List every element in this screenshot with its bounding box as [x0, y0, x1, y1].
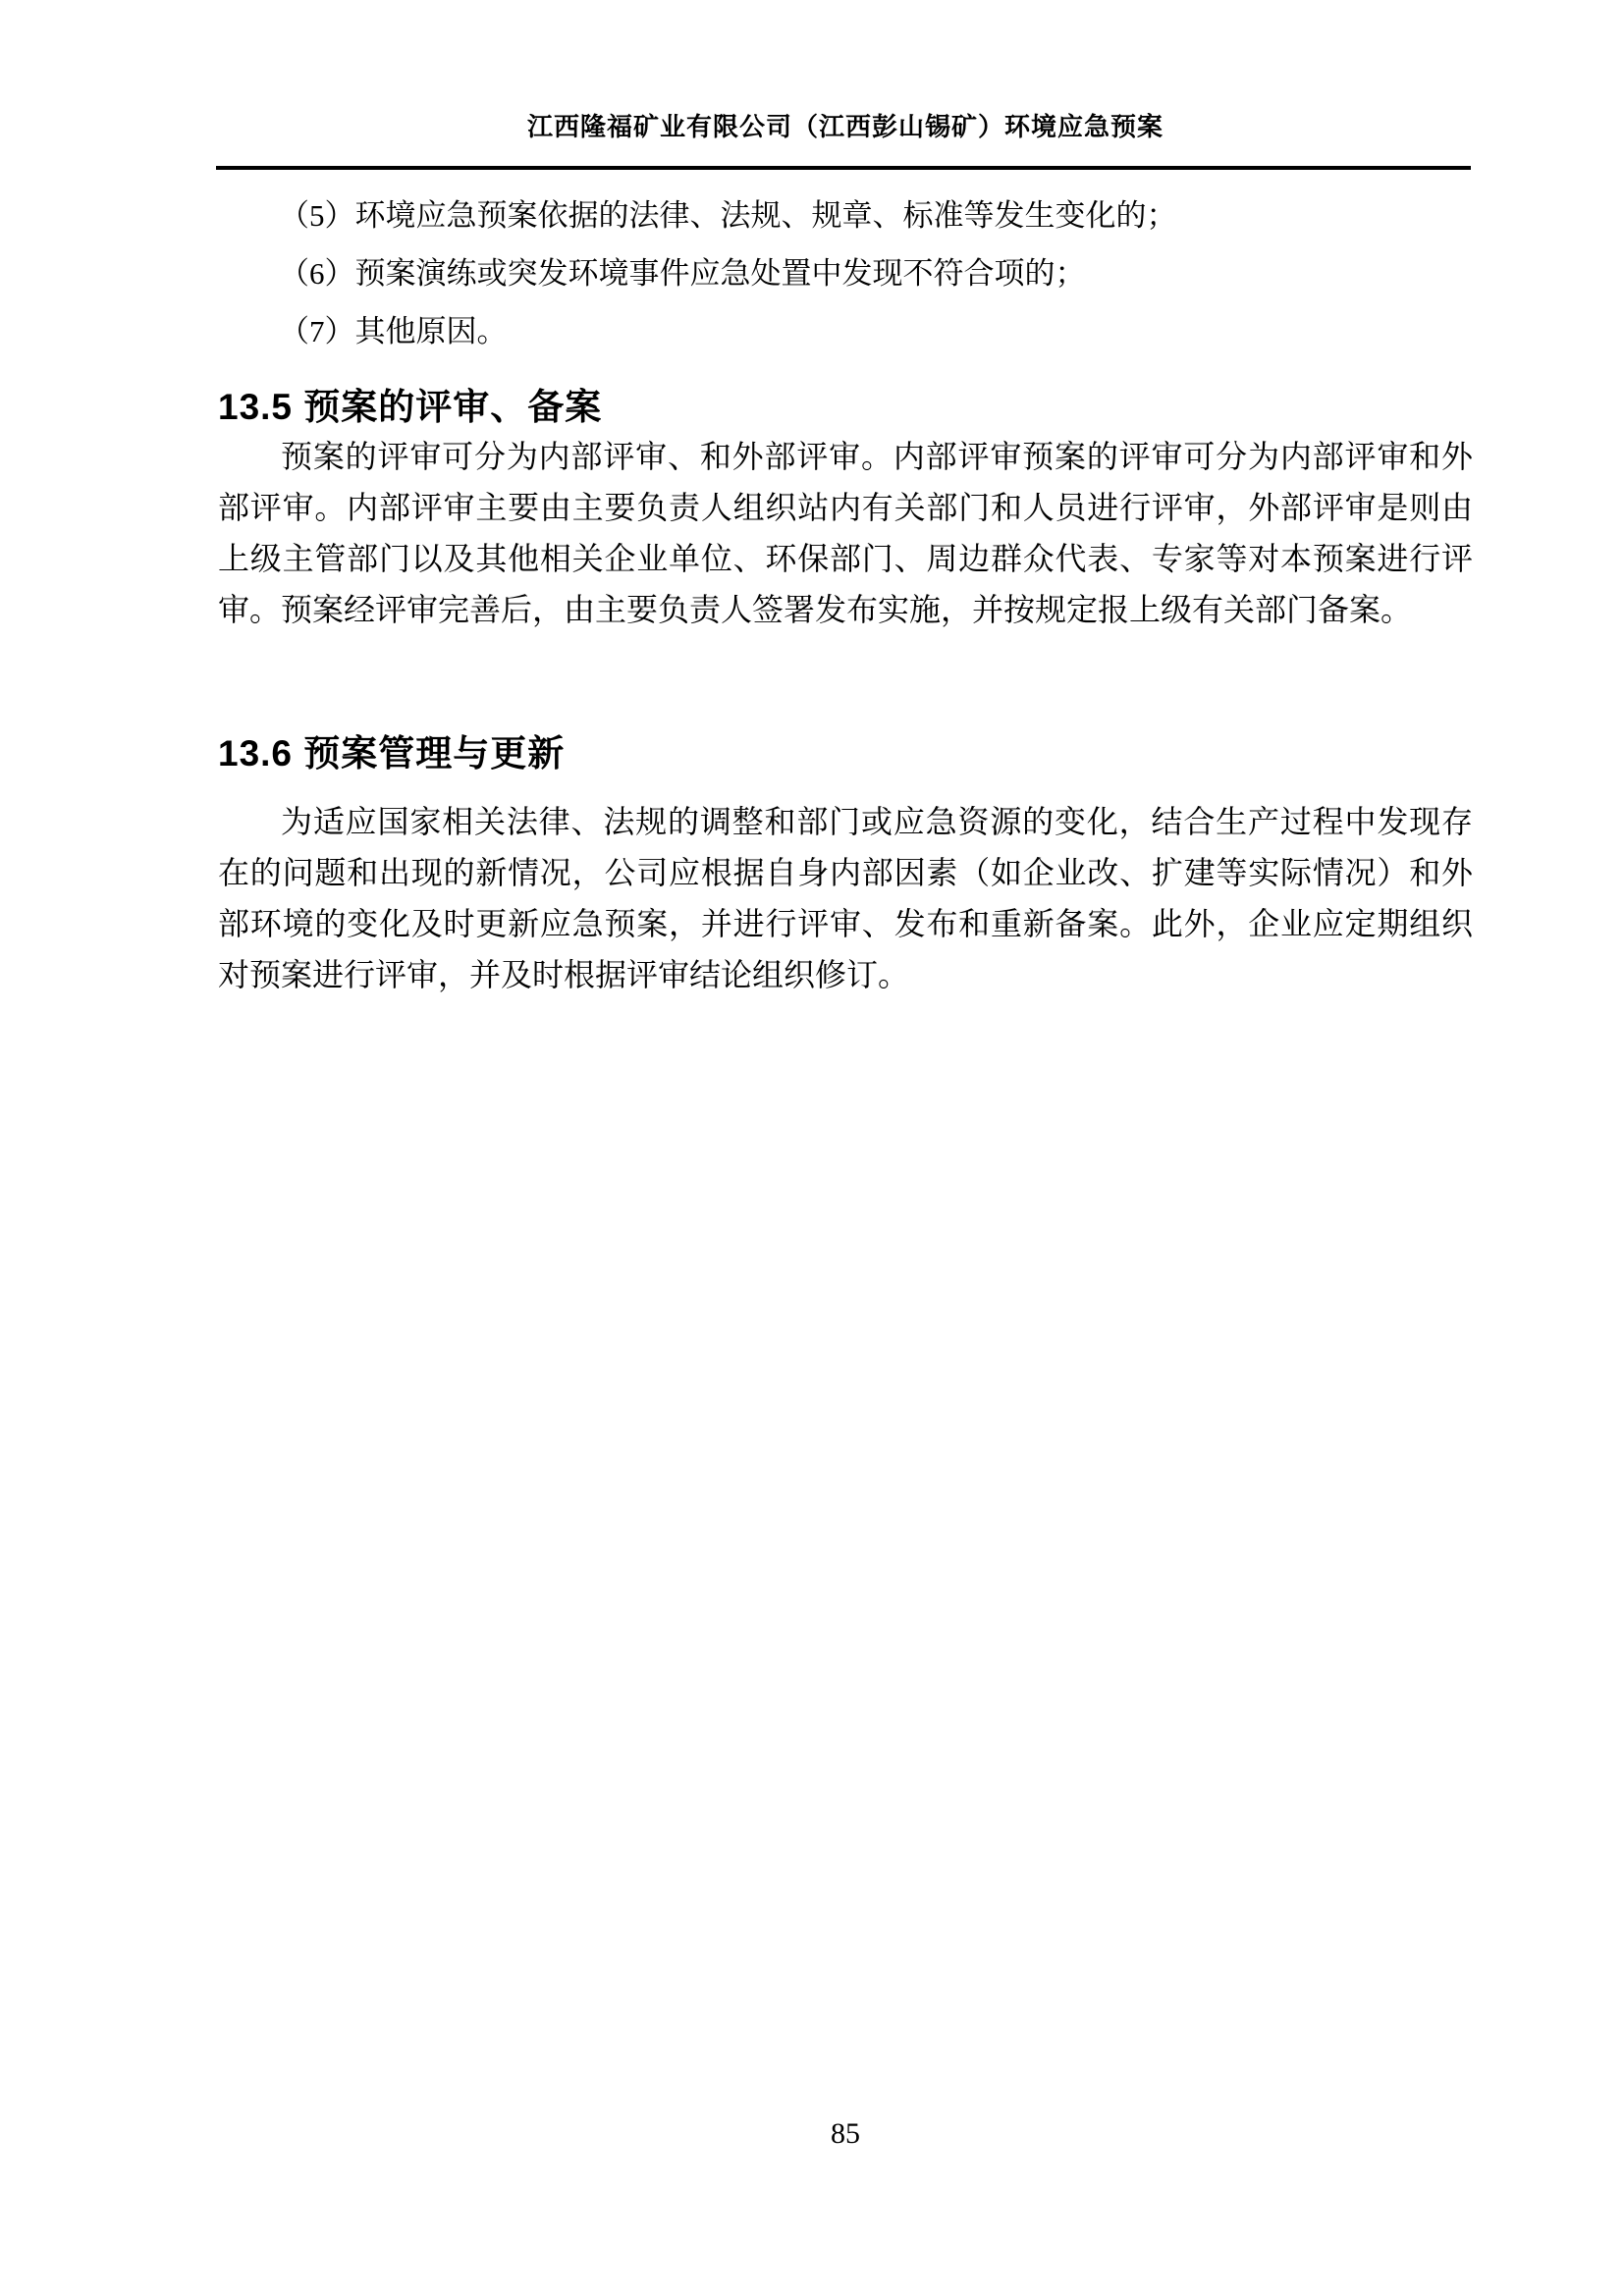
document-page: 江西隆福矿业有限公司（江西彭山锡矿）环境应急预案 （5）环境应急预案依据的法律、…: [0, 0, 1624, 2296]
document-body: （5）环境应急预案依据的法律、法规、规章、标准等发生变化的； （6）预案演练或突…: [218, 187, 1473, 1000]
section-paragraph-13-5: 预案的评审可分为内部评审、和外部评审。内部评审预案的评审可分为内部评审和外部评审…: [218, 431, 1473, 635]
section-heading-13-6: 13.6 预案管理与更新: [218, 732, 1473, 774]
page-header-title: 江西隆福矿业有限公司（江西彭山锡矿）环境应急预案: [218, 112, 1473, 141]
list-item-6: （6）预案演练或突发环境事件应急处置中发现不符合项的；: [218, 244, 1473, 302]
section-paragraph-13-6: 为适应国家相关法律、法规的调整和部门或应急资源的变化，结合生产过程中发现存在的问…: [218, 796, 1473, 1000]
header-divider: [216, 166, 1471, 170]
list-item-5: （5）环境应急预案依据的法律、法规、规章、标准等发生变化的；: [218, 187, 1473, 244]
page-number: 85: [218, 2116, 1473, 2152]
list-item-7: （7）其他原因。: [218, 302, 1473, 360]
section-heading-13-5: 13.5 预案的评审、备案: [218, 386, 1473, 428]
